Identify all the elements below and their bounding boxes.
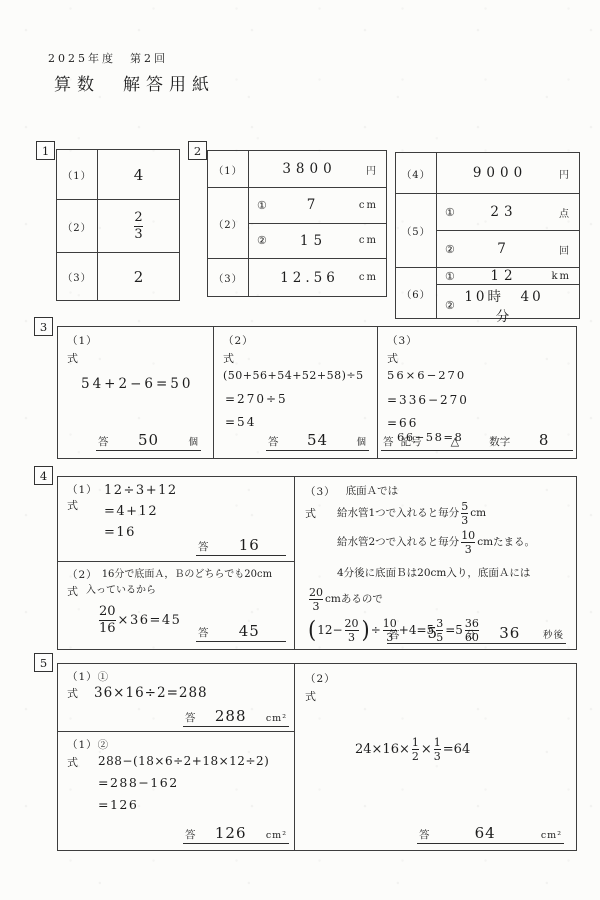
answer-value: 9000	[455, 165, 545, 181]
equation-text: 24×16×	[355, 742, 410, 757]
sheet-title: 算数 解答用紙	[54, 70, 215, 95]
circled-1-mark: ①	[445, 270, 461, 283]
problem-5-1-1-cell: （1）① 式 36×16÷2=288 答 288 cm²	[58, 664, 294, 732]
table-row: （2） ① 7 cm ② 15 cm	[208, 188, 386, 259]
equation-line: 54+2−6=50	[81, 376, 204, 392]
answer-unit: 円	[352, 162, 378, 177]
shiki-label: 式	[67, 583, 78, 599]
problem-label: （1）②	[67, 737, 285, 752]
ans-label: 答	[383, 434, 394, 449]
fraction-denominator: 3	[461, 513, 468, 527]
fraction: 103	[461, 529, 475, 556]
section-1-table: （1） 4 （2） 23 （3） 2	[56, 149, 180, 301]
sub-rows: ① 7 cm ② 15 cm	[249, 188, 386, 258]
answer-cell: 9000 円	[437, 153, 579, 193]
note-row: （2） 16分で底面Ａ，Ｂのどちらでも20cm	[67, 567, 285, 582]
equation-line: 12÷3+12	[104, 483, 178, 498]
note-with-fraction: 給水管1つで入れると毎分 53 cm	[337, 500, 486, 527]
exam-year-label: 2025年度 第2回	[48, 50, 168, 66]
table-row: （2） 23	[57, 200, 179, 253]
fraction-numerator: 10	[461, 529, 475, 542]
answer-value: 10時 40分	[463, 285, 545, 325]
section-2-right-table: （4） 9000 円 （5） ① 23 点 ② 7 回	[395, 152, 580, 319]
shiki-label: 式	[223, 350, 368, 366]
answer-unit: 点	[545, 205, 571, 220]
answer-unit: cm	[352, 200, 378, 211]
answer-value: 7	[463, 241, 545, 257]
shiki-label: 式	[67, 350, 204, 366]
ans-label: 答	[185, 710, 196, 725]
section-5-left-column: （1）① 式 36×16÷2=288 答 288 cm² （1）② 式 288−…	[58, 664, 295, 850]
note-text: 入っているから	[86, 583, 156, 599]
fraction-denominator: 3	[345, 630, 359, 644]
answer-line: 答 64 cm²	[417, 824, 564, 844]
fraction: 53	[461, 500, 468, 527]
section-3-box: （1） 式 54+2−6=50 答 50 個 （2） 式 (50+56+54+5…	[57, 326, 577, 459]
note-text: 16分で底面Ａ，Ｂのどちらでも20cm	[102, 567, 272, 582]
equation-text: =64	[443, 742, 470, 757]
row-label: （2）	[208, 188, 249, 258]
answer-cell: ① 12 km	[437, 268, 579, 285]
answer-value: 5	[406, 624, 460, 642]
answer-cell: ② 7 回	[437, 231, 579, 267]
answer-cell: 12.56 cm	[249, 259, 386, 296]
answer-value: 23	[463, 204, 545, 220]
problem-4-2-cell: （2） 16分で底面Ａ，Ｂのどちらでも20cm 式 入っているから 2016 ×…	[58, 562, 294, 649]
problem-4-1-cell: （1） 式 12÷3+12 =4+12 =16 答 16	[58, 477, 294, 562]
answer-value: 12.56	[267, 270, 352, 286]
fraction-denominator: 3	[434, 749, 441, 763]
equation-line: =4+12	[104, 504, 178, 519]
fraction-denominator: 2	[412, 749, 419, 763]
answer-line: 答 5 分 36 秒後	[387, 624, 566, 644]
table-row: （4） 9000 円	[396, 153, 579, 194]
answer-value: 288	[202, 707, 260, 725]
answer-unit: km	[545, 271, 571, 282]
answer-cell: ② 10時 40分	[437, 285, 579, 325]
answer-value: 64	[436, 824, 535, 842]
section-4-number: 4	[34, 466, 53, 485]
answer-value: 126	[202, 824, 260, 842]
note-text: cm	[470, 506, 486, 522]
section-5-number: 5	[34, 653, 53, 672]
answer-line: 答 45	[196, 622, 286, 642]
equation-line: 288−(18×6÷2+18×12÷2)	[98, 754, 269, 768]
section-5-box: （1）① 式 36×16÷2=288 答 288 cm² （1）② 式 288−…	[57, 663, 577, 851]
answer-unit: cm²	[266, 713, 287, 724]
fraction-numerator: 20	[345, 617, 359, 630]
circled-1-mark: ①	[445, 206, 461, 219]
answer-unit: 個	[356, 434, 367, 448]
answer-unit: 分	[466, 627, 477, 641]
row-label: （1）	[208, 151, 249, 187]
answer-value: 23	[98, 200, 179, 252]
answer-unit: cm²	[266, 830, 287, 841]
shiki-label: 式	[305, 505, 327, 521]
shiki-label: 式	[305, 688, 566, 704]
answer-value: 54	[285, 431, 351, 449]
fraction-numerator: 20	[99, 604, 116, 620]
fraction-denominator: 16	[99, 620, 116, 637]
fraction-numerator: 20	[309, 586, 323, 599]
note-row: 式 入っているから	[67, 583, 285, 599]
answer-unit: 個	[188, 434, 199, 448]
circled-2-mark: ②	[445, 243, 461, 256]
equation-line: =16	[104, 525, 178, 540]
equation-text: ×36=45	[118, 613, 182, 628]
answer-line: 答 54 個	[266, 431, 369, 451]
table-row: （1） 3800 円	[208, 151, 386, 188]
answer-line: 答 126 cm²	[183, 824, 289, 844]
note-row: （3） 底面Ａでは	[305, 484, 566, 500]
ans-label: 答	[185, 827, 196, 842]
answer-unit: 秒後	[543, 627, 564, 641]
ans-label: 答	[268, 434, 279, 449]
answer-unit: 円	[545, 166, 571, 181]
answer-value: 16	[215, 536, 285, 554]
equation-line: =54	[225, 415, 368, 429]
section-1-number: 1	[36, 141, 55, 160]
answer-value: 50	[115, 431, 183, 449]
work-lines: 288−(18×6÷2+18×12÷2) =288−162 =126	[98, 754, 269, 812]
row-label: （3）	[208, 259, 249, 296]
problem-label: （3）	[387, 333, 567, 348]
note-text: 給水管1つで入れると毎分	[337, 506, 459, 522]
fraction-denominator: 3	[309, 599, 323, 613]
fraction-denominator: 3	[134, 226, 142, 243]
table-row: （3） 2	[57, 253, 179, 300]
answer-value: 2	[98, 253, 179, 300]
problem-label: （2）	[305, 671, 566, 686]
answer-unit: cm	[352, 235, 378, 246]
circled-1-mark: ①	[257, 199, 273, 212]
fraction-numerator: 2	[134, 210, 142, 226]
note-with-fraction: 給水管2つで入れると毎分 103 cmたまる。	[337, 529, 566, 556]
ans-label: 答	[198, 539, 209, 554]
row-label: （4）	[396, 153, 437, 193]
answer-cell: ② 15 cm	[249, 224, 386, 259]
fraction: 203	[345, 617, 359, 644]
section-3-number: 3	[34, 317, 53, 336]
table-row: （3） 12.56 cm	[208, 259, 386, 296]
sub-rows: ① 23 点 ② 7 回	[437, 194, 579, 267]
equation-line: 56×6−270	[387, 368, 567, 382]
note-with-fraction: 203 cmあるので	[307, 586, 566, 613]
problem-label: （1）	[67, 333, 204, 348]
fraction-numerator: 1	[412, 736, 419, 749]
problem-5-1-2-cell: （1）② 式 288−(18×6÷2+18×12÷2) =288−162 =12…	[58, 732, 294, 850]
shiki-label: 式	[67, 685, 78, 701]
open-paren: (	[308, 617, 316, 643]
note-text: 4分後に底面Ｂは20cm入り，底面Ａには	[337, 566, 566, 582]
equation-line: 24×16× 12 × 13 =64	[355, 736, 566, 763]
equation-line: =270÷5	[225, 392, 368, 406]
answer-value: 45	[215, 622, 285, 640]
equation-text: ×	[421, 742, 432, 757]
fraction: 12	[412, 736, 419, 763]
fraction: 2016	[99, 604, 116, 636]
section-2-left-table: （1） 3800 円 （2） ① 7 cm ② 15 cm	[207, 150, 387, 297]
answer-line: 答 50 個	[96, 431, 201, 451]
ans-label: 答	[419, 827, 430, 842]
circled-2-mark: ②	[257, 234, 273, 247]
answer-value: 4	[98, 150, 179, 199]
problem-4-3-cell: （3） 底面Ａでは 式 給水管1つで入れると毎分 53 cm 給水管2つで入れる…	[295, 477, 576, 649]
note-text: cmあるので	[325, 592, 383, 608]
answer-unit: 回	[545, 242, 571, 257]
problem-3-3-cell: （3） 式 56×6−270 =336−270 =66 66−58=8 答 記号…	[378, 327, 576, 458]
section-2-number: 2	[188, 141, 207, 160]
answer-value: 7	[275, 197, 352, 213]
kigo-answer: △	[429, 435, 483, 448]
answer-value: 15	[275, 233, 352, 249]
equation-line: =126	[98, 797, 269, 812]
fraction: 203	[309, 586, 323, 613]
table-row: （6） ① 12 km ② 10時 40分	[396, 268, 579, 318]
answer-line: 答 16	[196, 536, 286, 556]
circled-2-mark: ②	[445, 299, 461, 312]
fraction-numerator: 5	[461, 500, 468, 513]
fraction: 23	[134, 210, 142, 242]
answer-cell: ① 7 cm	[249, 188, 386, 224]
problem-3-2-cell: （2） 式 (50+56+54+52+58)÷5 =270÷5 =54 答 54…	[214, 327, 378, 458]
answer-value: 12	[463, 268, 545, 284]
answer-unit: cm	[352, 272, 378, 283]
section-4-left-column: （1） 式 12÷3+12 =4+12 =16 答 16 （2） 16分で底面Ａ…	[58, 477, 295, 649]
row-label: （3）	[57, 253, 98, 300]
answer-line: 答 288 cm²	[183, 707, 289, 727]
equation-line: =336−270	[387, 393, 567, 407]
suji-label: 数字	[489, 434, 510, 449]
suji-answer: 8	[517, 431, 571, 449]
fraction-numerator: 1	[434, 736, 441, 749]
table-row: （5） ① 23 点 ② 7 回	[396, 194, 579, 268]
answer-sheet-page: 2025年度 第2回 算数 解答用紙 1 （1） 4 （2） 23 （3） 2 …	[0, 0, 600, 900]
kigo-label: 記号	[401, 434, 422, 449]
row-label: （5）	[396, 194, 437, 267]
fraction: 13	[434, 736, 441, 763]
work-row: 式 36×16÷2=288	[67, 685, 285, 701]
note-text: cmたまる。	[477, 535, 535, 551]
problem-label: （1）①	[67, 669, 285, 684]
answer-line: 答 記号 △ 数字 8	[381, 431, 573, 451]
equation-line: =288−162	[98, 775, 269, 790]
answer-value: 36	[483, 624, 537, 642]
problem-3-1-cell: （1） 式 54+2−6=50 答 50 個	[58, 327, 214, 458]
row-label: （6）	[396, 268, 437, 318]
close-paren: )	[362, 617, 370, 643]
answer-cell: ① 23 点	[437, 194, 579, 231]
equation-text: 12−	[317, 623, 342, 637]
problem-label: （2）	[223, 333, 368, 348]
note-text: 底面Ａでは	[346, 484, 399, 500]
equation-line: 36×16÷2=288	[94, 685, 208, 701]
answer-cell: 3800 円	[249, 151, 386, 187]
answer-unit: cm²	[541, 830, 562, 841]
row-label: （2）	[57, 200, 98, 252]
ans-label: 答	[389, 627, 400, 642]
work-lines: 12÷3+12 =4+12 =16	[104, 483, 178, 540]
section-4-box: （1） 式 12÷3+12 =4+12 =16 答 16 （2） 16分で底面Ａ…	[57, 476, 577, 650]
row-label: （1）	[57, 150, 98, 199]
ans-label: 答	[98, 434, 109, 449]
table-row: （1） 4	[57, 150, 179, 200]
problem-label: （2）	[67, 567, 98, 582]
answer-value: 3800	[267, 161, 352, 177]
shiki-label: 式	[387, 350, 567, 366]
note-text: 給水管2つで入れると毎分	[337, 535, 459, 551]
sub-rows: ① 12 km ② 10時 40分	[437, 268, 579, 318]
ans-label: 答	[198, 625, 209, 640]
equation-line: (50+56+54+52+58)÷5	[223, 369, 368, 382]
equation-text: ÷	[371, 623, 381, 637]
problem-label: （3）	[305, 484, 336, 500]
fraction-denominator: 3	[461, 542, 475, 556]
equation-line: =66	[387, 416, 567, 430]
note-row: 式 給水管1つで入れると毎分 53 cm	[305, 500, 566, 527]
problem-5-2-cell: （2） 式 24×16× 12 × 13 =64 答 64 cm²	[295, 664, 576, 850]
